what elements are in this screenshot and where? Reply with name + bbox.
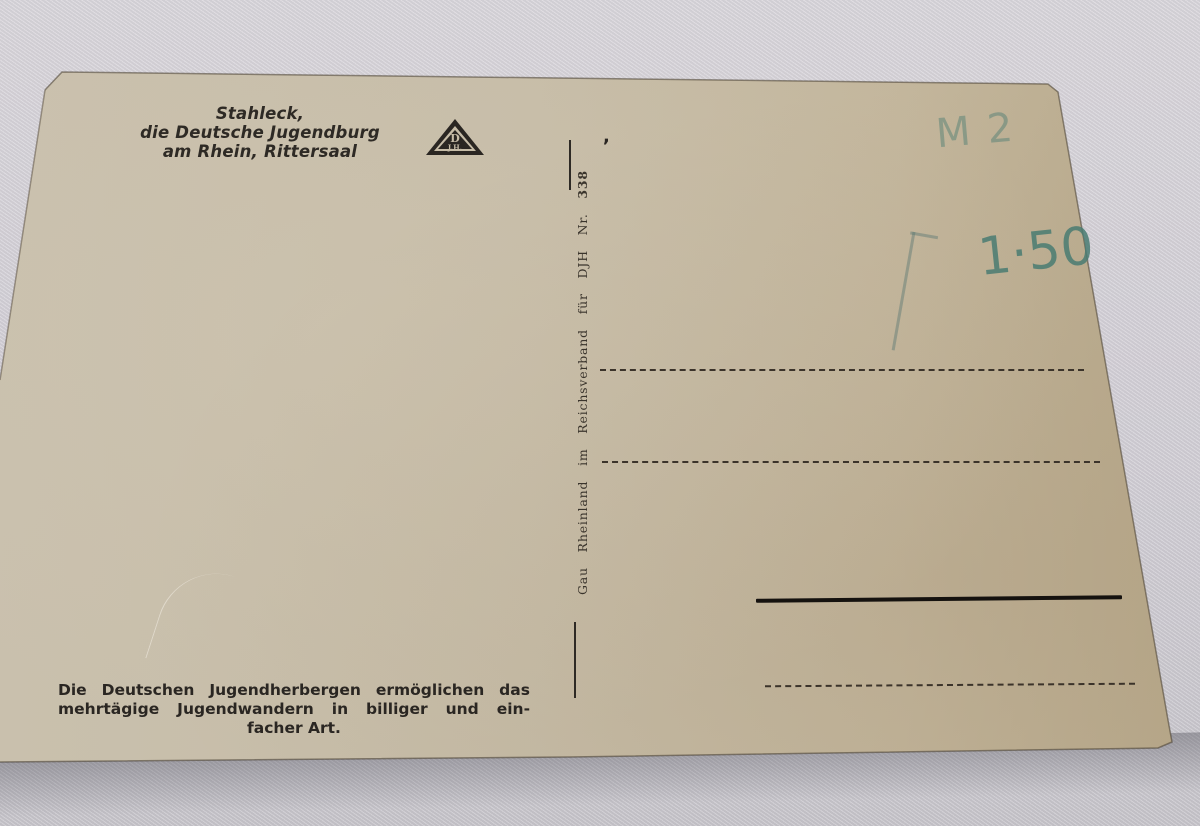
word: Jugendherbergen (209, 681, 361, 700)
divider-bottom (574, 622, 576, 698)
publisher-word: DJH (575, 250, 590, 278)
title-line-1: Stahleck, (120, 104, 400, 123)
djh-triangle-logo-icon: D J.H. (424, 117, 486, 157)
word: Jugendwandern (177, 700, 314, 719)
publisher-word: Nr. (575, 213, 590, 235)
word: mehrtägige (58, 700, 159, 719)
handwritten-price: 1·50 (975, 216, 1096, 288)
postcard-title: Stahleck, die Deutsche Jugendburg am Rhe… (120, 104, 400, 161)
word: facher Art. (247, 719, 341, 738)
publisher-info: Gau Rheinland im Reichsverband für DJH N… (575, 160, 590, 595)
address-line-2 (602, 461, 1100, 463)
word: und (446, 700, 479, 719)
publisher-word: Gau (575, 567, 590, 595)
print-mark: , (603, 126, 610, 147)
publisher-word: Reichsverband (575, 329, 590, 434)
address-line-1 (600, 369, 1084, 371)
word: Deutschen (102, 681, 195, 700)
footer-line-1: Die Deutschen Jugendherbergen ermögliche… (58, 681, 530, 700)
card-number: 338 (575, 170, 590, 199)
publisher-word: Rheinland (575, 481, 590, 553)
title-line-3: am Rhein, Rittersaal (120, 142, 400, 161)
footer-slogan: Die Deutschen Jugendherbergen ermögliche… (58, 681, 530, 738)
footer-line-2: mehrtägige Jugendwandern in billiger und… (58, 700, 530, 719)
word: in (332, 700, 348, 719)
footer-line-3: facher Art. (58, 719, 530, 738)
publisher-word: im (575, 448, 590, 465)
word: Die (58, 681, 87, 700)
word: billiger (366, 700, 428, 719)
svg-text:J.H.: J.H. (447, 143, 462, 152)
word: ein- (497, 700, 530, 719)
title-line-2: die Deutsche Jugendburg (120, 123, 400, 142)
publisher-word: für (575, 293, 590, 314)
word: das (499, 681, 530, 700)
handwritten-note: M 2 (934, 105, 1016, 158)
word: ermöglichen (376, 681, 484, 700)
divider-top (569, 140, 571, 190)
